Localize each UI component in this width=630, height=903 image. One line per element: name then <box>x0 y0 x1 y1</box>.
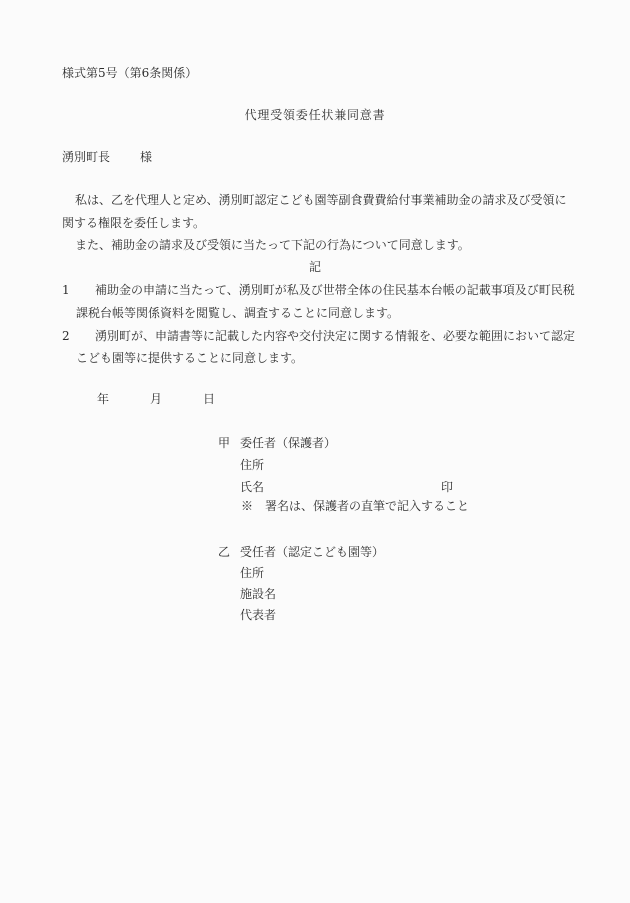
party-a-label: 甲 <box>218 436 230 450</box>
date-year-label: 年 <box>97 392 109 406</box>
party-a-name-label: 氏名 <box>240 480 264 494</box>
document-title: 代理受領委任状兼同意書 <box>0 108 630 122</box>
party-a-address-label: 住所 <box>240 458 264 472</box>
addressee-name: 湧別町長 <box>62 150 110 164</box>
party-b-label: 乙 <box>218 545 230 559</box>
document-page: 様式第5号（第6条関係） 代理受領委任状兼同意書 湧別町長 様 私は、乙を代理人… <box>0 0 630 903</box>
consent-intro: また、補助金の請求及び受領に当たって下記の行為について同意します。 <box>75 238 470 252</box>
item-1-line-2: 課税台帳等関係資料を閲覧し、調査することに同意します。 <box>76 306 399 320</box>
date-month-label: 月 <box>150 392 162 406</box>
party-b-facility-label: 施設名 <box>240 587 276 601</box>
record-marker: 記 <box>0 260 630 274</box>
party-b-representative-label: 代表者 <box>240 608 276 622</box>
form-number: 様式第5号（第6条関係） <box>62 66 197 80</box>
item-1-number: 1 <box>62 283 70 297</box>
item-2-line-2: こども園等に提供することに同意します。 <box>76 351 303 365</box>
party-b-address-label: 住所 <box>240 566 264 580</box>
addressee-row: 湧別町長 様 <box>62 150 152 164</box>
party-b-role: 受任者（認定こども園等） <box>240 545 384 559</box>
delegation-paragraph-line-1: 私は、乙を代理人と定め、湧別町認定こども園等副食費費給付事業補助金の請求及び受領… <box>75 193 567 207</box>
party-a-seal-label: 印 <box>441 480 453 494</box>
party-a-role: 委任者（保護者） <box>240 436 336 450</box>
item-2-number: 2 <box>62 329 70 343</box>
addressee-honorific: 様 <box>140 150 152 164</box>
delegation-paragraph-line-2: 関する権限を委任します。 <box>62 216 205 230</box>
item-1-line-1: 補助金の申請に当たって、湧別町が私及び世帯全体の住民基本台帳の記載事項及び町民税 <box>95 283 575 297</box>
item-2-line-1: 湧別町が、申請書等に記載した内容や交付決定に関する情報を、必要な範囲において認定 <box>95 329 575 343</box>
party-a-signature-note: ※ 署名は、保護者の直筆で記入すること <box>241 499 469 513</box>
date-day-label: 日 <box>203 392 215 406</box>
